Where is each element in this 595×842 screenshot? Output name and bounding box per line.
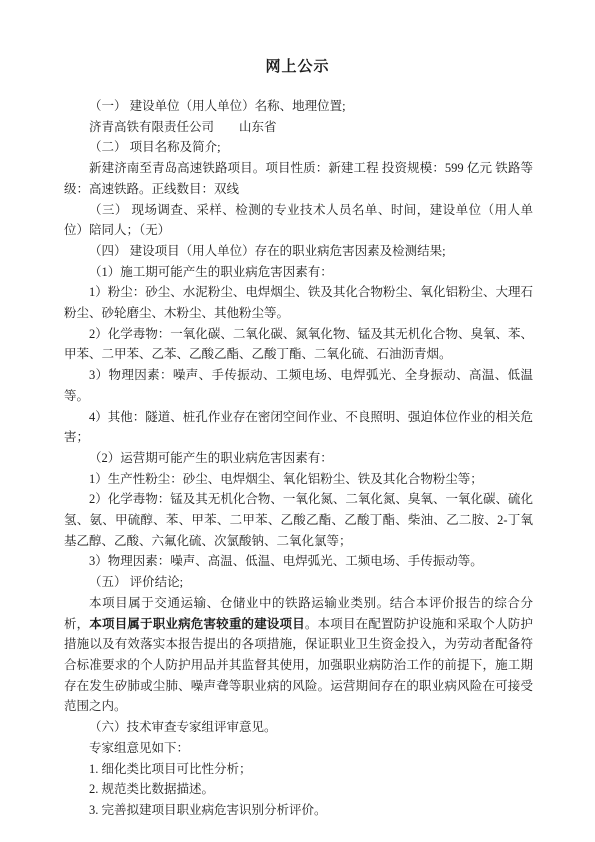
- text-run: （二） 项目名称及简介;: [89, 140, 221, 154]
- text-run: 3. 完善拟建项目职业病危害识别分析评价。: [89, 803, 327, 817]
- text-run: （2）运营期可能产生的职业病危害因素有：: [89, 451, 333, 465]
- paragraph: 2. 规范类比数据描述。: [64, 779, 533, 800]
- paragraph: （五） 评价结论;: [64, 572, 533, 593]
- text-run: 3）物理因素：噪声、手传振动、工频电场、电焊弧光、全身振动、高温、低温等。: [64, 368, 533, 403]
- paragraph: 4）其他：隧道、桩孔作业存在密闭空间作业、不良照明、强迫体位作业的相关危害；: [64, 407, 533, 448]
- text-run: （六）技术审查专家组评审意见。: [89, 720, 277, 734]
- paragraph: 2）化学毒物：一氧化碳、二氧化碳、氮氧化物、锰及其无机化合物、臭氧、苯、甲苯、二…: [64, 324, 533, 365]
- paragraph: （2）运营期可能产生的职业病危害因素有：: [64, 448, 533, 469]
- paragraph: （一） 建设单位（用人单位）名称、地理位置;: [64, 96, 533, 117]
- bold-text-run: 本项目属于职业病危害较重的建设项目: [89, 617, 305, 631]
- paragraph: 1）粉尘：砂尘、水泥粉尘、电焊烟尘、铁及其化合物粉尘、氧化铝粉尘、大理石粉尘、砂…: [64, 282, 533, 323]
- paragraph: 济青高铁有限责任公司 山东省: [64, 117, 533, 138]
- text-run: 专家组意见如下：: [89, 741, 189, 755]
- text-run: （四） 建设项目（用人单位）存在的职业病危害因素及检测结果;: [89, 244, 446, 258]
- text-run: 1）粉尘：砂尘、水泥粉尘、电焊烟尘、铁及其化合物粉尘、氧化铝粉尘、大理石粉尘、砂…: [64, 285, 533, 320]
- text-run: （三） 现场调查、采样、检测的专业技术人员名单、时间，建设单位（用人单位）陪同人…: [64, 203, 533, 238]
- text-run: 新建济南至青岛高速铁路项目。项目性质：新建工程 投资规模：599 亿元 铁路等级…: [64, 161, 533, 196]
- paragraph: （二） 项目名称及简介;: [64, 137, 533, 158]
- paragraph: 3）物理因素：噪声、手传振动、工频电场、电焊弧光、全身振动、高温、低温等。: [64, 365, 533, 406]
- text-run: 1）生产性粉尘：砂尘、电焊烟尘、氧化铝粉尘、铁及其化合物粉尘等；: [89, 472, 483, 486]
- text-run: 2）化学毒物：锰及其无机化合物、一氧化氮、二氧化氮、臭氧、一氧化碳、硫化氢、氨、…: [64, 492, 533, 547]
- text-run: 2. 规范类比数据描述。: [89, 782, 214, 796]
- paragraph: （四） 建设项目（用人单位）存在的职业病危害因素及检测结果;: [64, 241, 533, 262]
- paragraph: 本项目属于交通运输、仓储业中的铁路运输业类别。结合本评价报告的综合分析，本项目属…: [64, 593, 533, 717]
- document-body: （一） 建设单位（用人单位）名称、地理位置;济青高铁有限责任公司 山东省（二） …: [64, 96, 533, 821]
- paragraph: 1）生产性粉尘：砂尘、电焊烟尘、氧化铝粉尘、铁及其化合物粉尘等；: [64, 469, 533, 490]
- paragraph: （六）技术审查专家组评审意见。: [64, 717, 533, 738]
- paragraph: 新建济南至青岛高速铁路项目。项目性质：新建工程 投资规模：599 亿元 铁路等级…: [64, 158, 533, 199]
- paragraph: （1）施工期可能产生的职业病危害因素有：: [64, 262, 533, 283]
- paragraph: 2）化学毒物：锰及其无机化合物、一氧化氮、二氧化氮、臭氧、一氧化碳、硫化氢、氨、…: [64, 489, 533, 551]
- document-title: 网上公示: [0, 0, 595, 78]
- paragraph: （三） 现场调查、采样、检测的专业技术人员名单、时间，建设单位（用人单位）陪同人…: [64, 200, 533, 241]
- text-run: （五） 评价结论;: [89, 575, 183, 589]
- paragraph: 1. 细化类比项目可比性分析；: [64, 759, 533, 780]
- text-run: 2）化学毒物：一氧化碳、二氧化碳、氮氧化物、锰及其无机化合物、臭氧、苯、甲苯、二…: [64, 327, 533, 362]
- text-run: 济青高铁有限责任公司 山东省: [89, 120, 277, 134]
- text-run: （1）施工期可能产生的职业病危害因素有：: [89, 265, 333, 279]
- text-run: （一） 建设单位（用人单位）名称、地理位置;: [89, 99, 346, 113]
- text-run: 。本项目在配置防护设施和采取个人防护措施以及有效落实本报告提出的各项措施，保证职…: [64, 617, 533, 714]
- document-page: 网上公示 （一） 建设单位（用人单位）名称、地理位置;济青高铁有限责任公司 山东…: [0, 0, 595, 842]
- text-run: 1. 细化类比项目可比性分析；: [89, 762, 252, 776]
- text-run: 3）物理因素：噪声、高温、低温、电焊弧光、工频电场、手传振动等。: [89, 554, 483, 568]
- text-run: 4）其他：隧道、桩孔作业存在密闭空间作业、不良照明、强迫体位作业的相关危害；: [64, 410, 533, 445]
- paragraph: 3. 完善拟建项目职业病危害识别分析评价。: [64, 800, 533, 821]
- paragraph: 专家组意见如下：: [64, 738, 533, 759]
- paragraph: 3）物理因素：噪声、高温、低温、电焊弧光、工频电场、手传振动等。: [64, 551, 533, 572]
